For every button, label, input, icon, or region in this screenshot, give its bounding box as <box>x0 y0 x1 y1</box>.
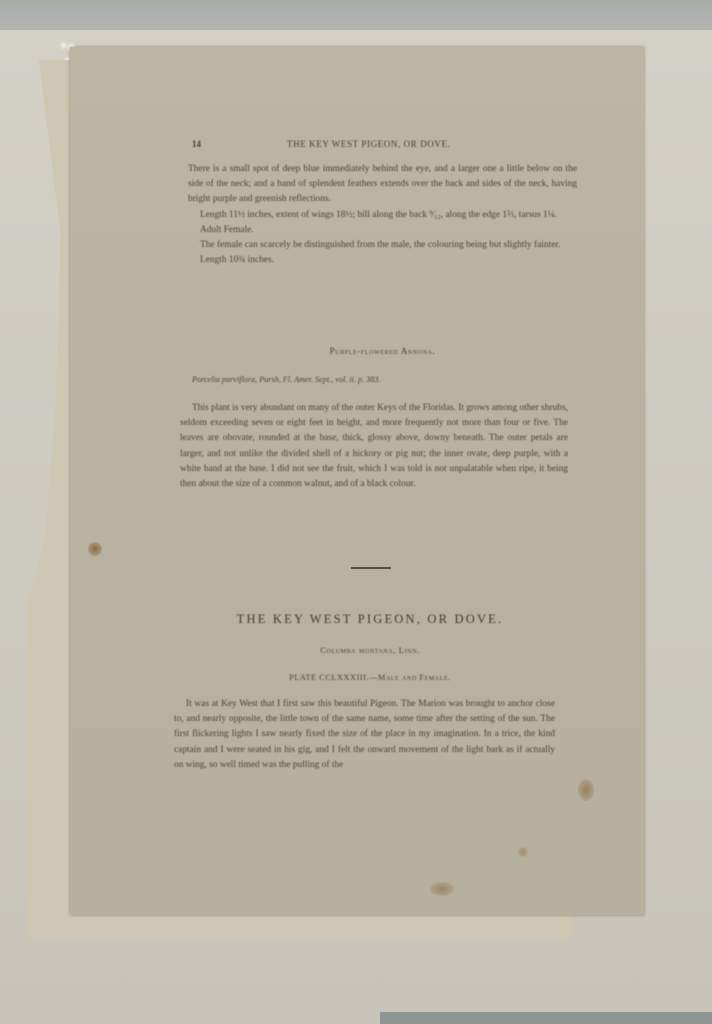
species-name: Columba montana, Linn. <box>190 643 550 658</box>
plate-line: PLATE CCLXXXIII.—Male and Female. <box>190 670 550 685</box>
foxing-stain <box>578 779 594 801</box>
section-title: THE KEY WEST PIGEON, OR DOVE. <box>190 612 550 627</box>
female-heading: Adult Female. <box>188 223 577 238</box>
light-glare <box>61 43 66 48</box>
narrative-paragraph: It was at Key West that I first saw this… <box>174 697 555 773</box>
plant-heading: Purple-flowered Annona. <box>188 344 577 359</box>
foxing-stain <box>430 882 454 896</box>
narrative-text: It was at Key West that I first saw this… <box>174 697 555 773</box>
page-number: 14 <box>192 139 201 149</box>
measurements-female: Length 10¾ inches. <box>188 253 577 268</box>
plant-description: This plant is very abundant on many of t… <box>180 401 568 492</box>
section-divider <box>351 567 391 569</box>
foxing-stain <box>88 542 102 556</box>
female-description: The female can scarcely be distinguished… <box>188 238 577 253</box>
top-text-block: There is a small spot of deep blue immed… <box>188 162 577 268</box>
frame-edge <box>380 1012 712 1024</box>
description-paragraph: There is a small spot of deep blue immed… <box>188 162 577 208</box>
foxing-stain <box>518 847 528 857</box>
measurements-male: Length 11½ inches, extent of wings 18½; … <box>188 208 577 223</box>
running-head-title: THE KEY WEST PIGEON, OR DOVE. <box>287 139 450 149</box>
plant-paragraph: This plant is very abundant on many of t… <box>180 401 568 492</box>
plant-citation: Porcelia parviflora, Pursh, Fl. Amer. Se… <box>192 372 581 387</box>
